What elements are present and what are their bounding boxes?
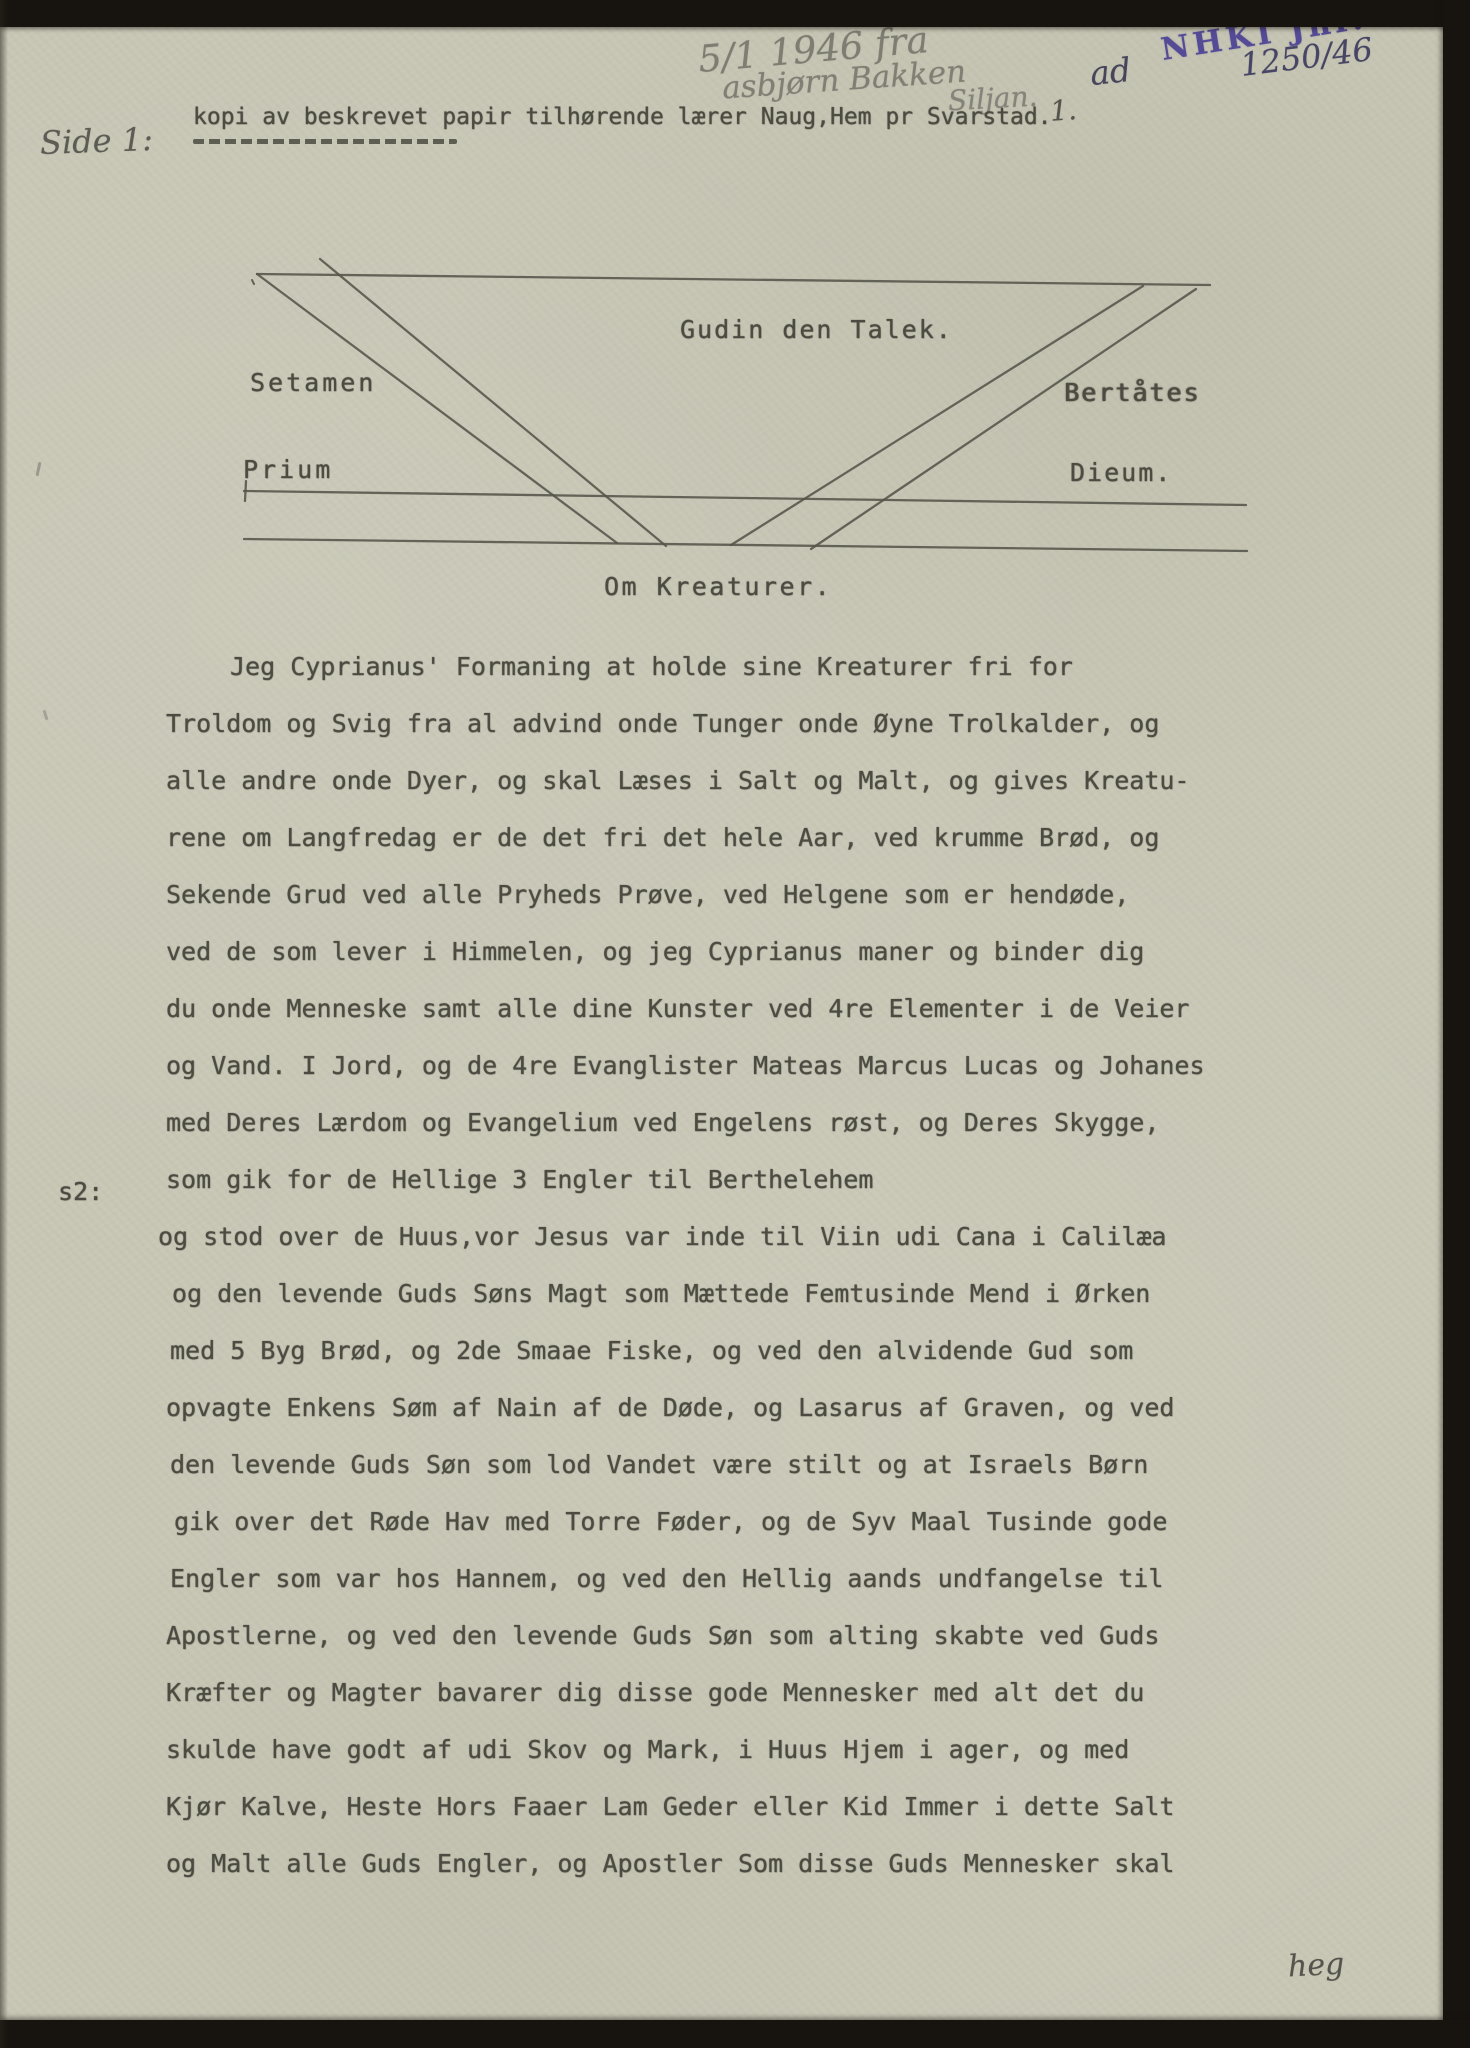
body-line: og den levende Guds Søns Magt som Mætted… <box>172 1280 1226 1337</box>
side-1-margin-label: Side 1: <box>39 120 153 162</box>
body-line: ved de som lever i Himmelen, og jeg Cypr… <box>166 938 1226 995</box>
body-line: og Vand. I Jord, og de 4re Evanglister M… <box>166 1052 1226 1109</box>
handwritten-ad-note: ad <box>1088 50 1133 93</box>
page-title: kopi av beskrevet papir tilhørende lærer… <box>193 104 1052 130</box>
body-line: opvagte Enkens Søm af Nain af de Døde, o… <box>166 1394 1226 1451</box>
body-line: Kræfter og Magter bavarer dig disse gode… <box>166 1679 1226 1736</box>
body-line: og stod over de Huus,vor Jesus var inde … <box>158 1223 1226 1280</box>
body-line: Apostlerne, og ved den levende Guds Søn … <box>166 1622 1226 1679</box>
body-line: Sekende Grud ved alle Pryheds Prøve, ved… <box>166 881 1226 938</box>
body-line: som gik for de Hellige 3 Engler til Bert… <box>166 1166 1226 1223</box>
handwritten-page-number: 1. <box>1049 93 1078 128</box>
body-line: rene om Langfredag er de det fri det hel… <box>166 824 1226 881</box>
diagram-label-right-lower: Dieum. <box>1070 458 1172 487</box>
body-line: med Deres Lærdom og Evangelium ved Engel… <box>166 1109 1226 1166</box>
body-text: Jeg Cyprianus' Formaning at holde sine K… <box>166 653 1226 1907</box>
body-line: du onde Menneske samt alle dine Kunster … <box>166 995 1226 1052</box>
diagram-label-left-lower: Prium <box>243 455 333 484</box>
body-line: gik over det Røde Hav med Torre Føder, o… <box>174 1508 1226 1565</box>
s2-margin-label: s2: <box>58 1177 103 1206</box>
body-line: og Malt alle Guds Engler, og Apostler So… <box>166 1850 1226 1907</box>
body-line: Troldom og Svig fra al advind onde Tunge… <box>166 710 1226 767</box>
body-line: Engler som var hos Hannem, og ved den He… <box>170 1565 1226 1622</box>
body-line: Jeg Cyprianus' Formaning at holde sine K… <box>166 653 1226 710</box>
title-underline <box>193 139 457 144</box>
scan-border-right <box>1443 0 1470 2048</box>
body-line: med 5 Byg Brød, og 2de Smaae Fiske, og v… <box>170 1337 1226 1394</box>
diagram-label-top: Gudin den Talek. <box>680 315 953 344</box>
body-line: den levende Guds Søn som lod Vandet være… <box>170 1451 1226 1508</box>
scan-border-bottom <box>0 2020 1470 2048</box>
scan-border-top <box>0 0 1470 27</box>
scan-border-left <box>0 0 8 2048</box>
scanned-document-page: 5/1 1946 fra asbjørn Bakken Siljan. ad N… <box>0 0 1470 2048</box>
diagram-label-right-upper: Bertåtes <box>1064 378 1200 407</box>
handwritten-initials: heg <box>1287 1947 1345 1985</box>
body-line: skulde have godt af udi Skov og Mark, i … <box>166 1736 1226 1793</box>
body-line: Kjør Kalve, Heste Hors Faaer Lam Geder e… <box>166 1793 1226 1850</box>
body-line: alle andre onde Dyer, og skal Læses i Sa… <box>166 767 1226 824</box>
diagram-caption: Om Kreaturer. <box>604 572 832 601</box>
diagram-label-left-upper: Setamen <box>250 368 376 397</box>
margin-mark <box>43 710 49 720</box>
margin-mark <box>36 462 42 476</box>
